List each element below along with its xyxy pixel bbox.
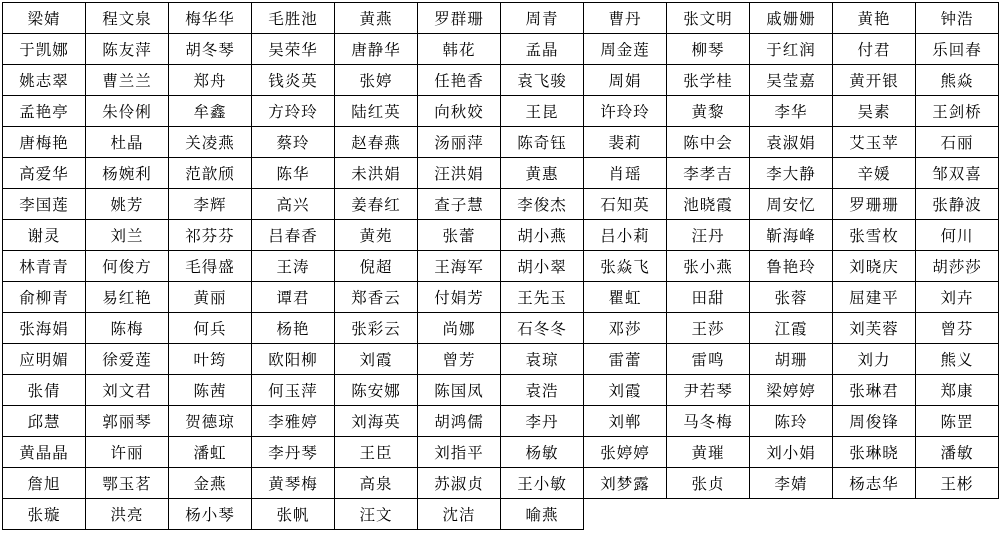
- name-cell: 熊义: [916, 344, 999, 375]
- name-cell: 池晓霞: [667, 189, 750, 220]
- name-cell: 付娟芳: [418, 282, 501, 313]
- name-cell: 靳海峰: [750, 220, 833, 251]
- name-cell: 李孝吉: [667, 158, 750, 189]
- name-cell: 王小敏: [501, 468, 584, 499]
- name-cell: 祁芬芬: [169, 220, 252, 251]
- name-cell: 关凌燕: [169, 127, 252, 158]
- name-cell: 郑康: [916, 375, 999, 406]
- name-cell: 沈洁: [418, 499, 501, 530]
- name-cell: 谢灵: [3, 220, 86, 251]
- name-cell: 尚娜: [418, 313, 501, 344]
- name-cell: 张焱飞: [584, 251, 667, 282]
- name-cell: 易红艳: [86, 282, 169, 313]
- name-cell: 艾玉苹: [833, 127, 916, 158]
- table-row: 应明媚徐爱莲叶筠欧阳柳刘霞曾芳袁琼雷蕾雷鸣胡珊刘力熊义: [3, 344, 999, 375]
- name-cell: 张彩云: [335, 313, 418, 344]
- name-cell: 裴莉: [584, 127, 667, 158]
- name-cell: 吕小莉: [584, 220, 667, 251]
- name-cell: 李丹琴: [252, 437, 335, 468]
- name-cell: 刘兰: [86, 220, 169, 251]
- name-cell: 黄开银: [833, 65, 916, 96]
- name-cell: 李俊杰: [501, 189, 584, 220]
- name-cell: 詹旭: [3, 468, 86, 499]
- name-cell: 杨志华: [833, 468, 916, 499]
- name-cell: 俞柳青: [3, 282, 86, 313]
- table-row: 张倩刘文君陈茜何玉萍陈安娜陈国凤袁浩刘霞尹若琴梁婷婷张琳君郑康: [3, 375, 999, 406]
- name-cell: 曹丹: [584, 3, 667, 34]
- name-cell: 黄璀: [667, 437, 750, 468]
- name-cell: 郭丽琴: [86, 406, 169, 437]
- table-row: 邱慧郭丽琴贺德琼李雅婷刘海英胡鸿儒李丹刘郸马冬梅陈玲周俊锋陈罡: [3, 406, 999, 437]
- name-cell: 黄苑: [335, 220, 418, 251]
- name-cell: 王剑桥: [916, 96, 999, 127]
- name-cell: 戚姗姗: [750, 3, 833, 34]
- name-cell: 熊焱: [916, 65, 999, 96]
- name-cell: 肖瑶: [584, 158, 667, 189]
- name-cell: 方玲玲: [252, 96, 335, 127]
- name-cell: 陆红英: [335, 96, 418, 127]
- name-cell: 李辉: [169, 189, 252, 220]
- name-cell: 于红润: [750, 34, 833, 65]
- name-cell: 赵春燕: [335, 127, 418, 158]
- name-cell: 苏淑贞: [418, 468, 501, 499]
- name-cell: 屈建平: [833, 282, 916, 313]
- name-cell: 姚芳: [86, 189, 169, 220]
- name-cell: 张倩: [3, 375, 86, 406]
- name-cell: 洪亮: [86, 499, 169, 530]
- name-cell: 孟晶: [501, 34, 584, 65]
- name-cell: 何俊方: [86, 251, 169, 282]
- name-cell: 许玲玲: [584, 96, 667, 127]
- name-cell: 孟艳亭: [3, 96, 86, 127]
- name-cell: 袁飞骏: [501, 65, 584, 96]
- name-cell: 高爱华: [3, 158, 86, 189]
- name-cell: 张学桂: [667, 65, 750, 96]
- name-cell: 许丽: [86, 437, 169, 468]
- name-cell: 杨敏: [501, 437, 584, 468]
- name-cell: 牟鑫: [169, 96, 252, 127]
- name-cell: 尹若琴: [667, 375, 750, 406]
- table-row: 张海娟陈梅何兵杨艳张彩云尚娜石冬冬邓莎王莎江霞刘芙蓉曾芬: [3, 313, 999, 344]
- name-cell: 周青: [501, 3, 584, 34]
- name-cell: 鄂玉茗: [86, 468, 169, 499]
- name-cell: 周俊锋: [833, 406, 916, 437]
- empty-cell: [833, 499, 916, 530]
- name-cell: 陈玲: [750, 406, 833, 437]
- name-cell: 吕春香: [252, 220, 335, 251]
- name-cell: 张雪枚: [833, 220, 916, 251]
- name-cell: 王昆: [501, 96, 584, 127]
- name-cell: 周金莲: [584, 34, 667, 65]
- name-cell: 邓莎: [584, 313, 667, 344]
- name-cell: 李雅婷: [252, 406, 335, 437]
- name-cell: 向秋姣: [418, 96, 501, 127]
- name-cell: 汪丹: [667, 220, 750, 251]
- table-row: 张璇洪亮杨小琴张帆汪文沈洁喻燕: [3, 499, 999, 530]
- name-cell: 鲁艳玲: [750, 251, 833, 282]
- name-cell: 梁婷婷: [750, 375, 833, 406]
- name-cell: 张蓉: [750, 282, 833, 313]
- name-cell: 郑舟: [169, 65, 252, 96]
- name-cell: 吴荣华: [252, 34, 335, 65]
- table-row: 詹旭鄂玉茗金燕黄琴梅高泉苏淑贞王小敏刘梦露张贞李婧杨志华王彬: [3, 468, 999, 499]
- name-cell: 田甜: [667, 282, 750, 313]
- name-cell: 王涛: [252, 251, 335, 282]
- name-cell: 周安忆: [750, 189, 833, 220]
- table-row: 黄晶晶许丽潘虹李丹琴王臣刘指平杨敏张婷婷黄璀刘小娟张琳晓潘敏: [3, 437, 999, 468]
- name-cell: 王臣: [335, 437, 418, 468]
- name-cell: 唐静华: [335, 34, 418, 65]
- name-cell: 张文明: [667, 3, 750, 34]
- name-cell: 黄琴梅: [252, 468, 335, 499]
- name-cell: 石冬冬: [501, 313, 584, 344]
- table-row: 姚志翠曹兰兰郑舟钱炎英张婷任艳香袁飞骏周娟张学桂吴莹嘉黄开银熊焱: [3, 65, 999, 96]
- name-cell: 王先玉: [501, 282, 584, 313]
- name-cell: 蔡玲: [252, 127, 335, 158]
- name-cell: 柳琴: [667, 34, 750, 65]
- name-cell: 曾芳: [418, 344, 501, 375]
- name-cell: 曹兰兰: [86, 65, 169, 96]
- name-cell: 胡冬琴: [169, 34, 252, 65]
- name-cell: 刘海英: [335, 406, 418, 437]
- name-cell: 刘卉: [916, 282, 999, 313]
- name-cell: 陈华: [252, 158, 335, 189]
- name-cell: 刘力: [833, 344, 916, 375]
- name-cell: 姜春红: [335, 189, 418, 220]
- name-cell: 范歆颀: [169, 158, 252, 189]
- table-row: 唐梅艳杜晶关凌燕蔡玲赵春燕汤丽萍陈奇钰裴莉陈中会袁淑娟艾玉苹石丽: [3, 127, 999, 158]
- empty-cell: [667, 499, 750, 530]
- name-cell: 刘晓庆: [833, 251, 916, 282]
- name-cell: 杜晶: [86, 127, 169, 158]
- name-cell: 毛得盛: [169, 251, 252, 282]
- name-cell: 张璇: [3, 499, 86, 530]
- name-cell: 胡小燕: [501, 220, 584, 251]
- name-cell: 李国莲: [3, 189, 86, 220]
- name-cell: 李华: [750, 96, 833, 127]
- name-grid-table: 梁婧程文泉梅华华毛胜池黄燕罗群珊周青曹丹张文明戚姗姗黄艳钟浩于凯娜陈友萍胡冬琴吴…: [2, 2, 999, 530]
- name-cell: 张蕾: [418, 220, 501, 251]
- name-cell: 王莎: [667, 313, 750, 344]
- name-cell: 张琳君: [833, 375, 916, 406]
- name-cell: 雷鸣: [667, 344, 750, 375]
- name-cell: 张贞: [667, 468, 750, 499]
- name-cell: 陈茜: [169, 375, 252, 406]
- name-cell: 徐爱莲: [86, 344, 169, 375]
- name-cell: 陈梅: [86, 313, 169, 344]
- name-cell: 陈奇钰: [501, 127, 584, 158]
- name-cell: 姚志翠: [3, 65, 86, 96]
- name-cell: 梅华华: [169, 3, 252, 34]
- name-cell: 高兴: [252, 189, 335, 220]
- name-cell: 张婷: [335, 65, 418, 96]
- name-cell: 罗群珊: [418, 3, 501, 34]
- name-cell: 邱慧: [3, 406, 86, 437]
- name-cell: 贺德琼: [169, 406, 252, 437]
- name-cell: 林青青: [3, 251, 86, 282]
- table-row: 孟艳亭朱伶俐牟鑫方玲玲陆红英向秋姣王昆许玲玲黄黎李华吴素王剑桥: [3, 96, 999, 127]
- name-cell: 应明媚: [3, 344, 86, 375]
- name-cell: 雷蕾: [584, 344, 667, 375]
- name-cell: 罗珊珊: [833, 189, 916, 220]
- name-grid-body: 梁婧程文泉梅华华毛胜池黄燕罗群珊周青曹丹张文明戚姗姗黄艳钟浩于凯娜陈友萍胡冬琴吴…: [3, 3, 999, 530]
- name-cell: 钟浩: [916, 3, 999, 34]
- name-cell: 喻燕: [501, 499, 584, 530]
- name-cell: 吴素: [833, 96, 916, 127]
- name-cell: 潘敏: [916, 437, 999, 468]
- name-cell: 金燕: [169, 468, 252, 499]
- name-cell: 杨艳: [252, 313, 335, 344]
- table-row: 李国莲姚芳李辉高兴姜春红查子慧李俊杰石知英池晓霞周安忆罗珊珊张静波: [3, 189, 999, 220]
- name-cell: 李丹: [501, 406, 584, 437]
- name-cell: 陈罡: [916, 406, 999, 437]
- name-cell: 刘芙蓉: [833, 313, 916, 344]
- name-cell: 黄晶晶: [3, 437, 86, 468]
- name-cell: 袁琼: [501, 344, 584, 375]
- name-cell: 陈国凤: [418, 375, 501, 406]
- name-cell: 毛胜池: [252, 3, 335, 34]
- name-cell: 高泉: [335, 468, 418, 499]
- name-cell: 何玉萍: [252, 375, 335, 406]
- name-cell: 杨小琴: [169, 499, 252, 530]
- name-cell: 倪超: [335, 251, 418, 282]
- name-cell: 汪洪娟: [418, 158, 501, 189]
- name-cell: 刘小娟: [750, 437, 833, 468]
- name-cell: 刘梦露: [584, 468, 667, 499]
- name-cell: 刘郸: [584, 406, 667, 437]
- name-cell: 汤丽萍: [418, 127, 501, 158]
- name-cell: 张海娟: [3, 313, 86, 344]
- name-cell: 石知英: [584, 189, 667, 220]
- name-cell: 张小燕: [667, 251, 750, 282]
- name-cell: 唐梅艳: [3, 127, 86, 158]
- name-cell: 郑香云: [335, 282, 418, 313]
- name-cell: 陈安娜: [335, 375, 418, 406]
- name-cell: 瞿虹: [584, 282, 667, 313]
- name-cell: 程文泉: [86, 3, 169, 34]
- name-cell: 黄艳: [833, 3, 916, 34]
- name-cell: 付君: [833, 34, 916, 65]
- name-cell: 韩花: [418, 34, 501, 65]
- name-cell: 王彬: [916, 468, 999, 499]
- name-cell: 胡莎莎: [916, 251, 999, 282]
- name-cell: 黄黎: [667, 96, 750, 127]
- name-cell: 袁淑娟: [750, 127, 833, 158]
- name-cell: 查子慧: [418, 189, 501, 220]
- name-cell: 朱伶俐: [86, 96, 169, 127]
- name-cell: 于凯娜: [3, 34, 86, 65]
- empty-cell: [750, 499, 833, 530]
- name-cell: 何川: [916, 220, 999, 251]
- name-cell: 胡鸿儒: [418, 406, 501, 437]
- name-cell: 陈友萍: [86, 34, 169, 65]
- name-cell: 潘虹: [169, 437, 252, 468]
- name-cell: 刘霞: [335, 344, 418, 375]
- name-cell: 张琳晓: [833, 437, 916, 468]
- name-cell: 汪文: [335, 499, 418, 530]
- table-row: 谢灵刘兰祁芬芬吕春香黄苑张蕾胡小燕吕小莉汪丹靳海峰张雪枚何川: [3, 220, 999, 251]
- name-cell: 石丽: [916, 127, 999, 158]
- name-cell: 任艳香: [418, 65, 501, 96]
- name-cell: 李大静: [750, 158, 833, 189]
- name-cell: 黄惠: [501, 158, 584, 189]
- name-cell: 江霞: [750, 313, 833, 344]
- table-row: 于凯娜陈友萍胡冬琴吴荣华唐静华韩花孟晶周金莲柳琴于红润付君乐回春: [3, 34, 999, 65]
- name-cell: 刘霞: [584, 375, 667, 406]
- name-cell: 周娟: [584, 65, 667, 96]
- name-cell: 邹双喜: [916, 158, 999, 189]
- name-cell: 黄丽: [169, 282, 252, 313]
- empty-cell: [916, 499, 999, 530]
- name-cell: 袁浩: [501, 375, 584, 406]
- name-cell: 辛媛: [833, 158, 916, 189]
- name-cell: 梁婧: [3, 3, 86, 34]
- table-row: 梁婧程文泉梅华华毛胜池黄燕罗群珊周青曹丹张文明戚姗姗黄艳钟浩: [3, 3, 999, 34]
- name-cell: 吴莹嘉: [750, 65, 833, 96]
- empty-cell: [584, 499, 667, 530]
- name-cell: 马冬梅: [667, 406, 750, 437]
- name-cell: 陈中会: [667, 127, 750, 158]
- name-cell: 欧阳柳: [252, 344, 335, 375]
- name-cell: 刘指平: [418, 437, 501, 468]
- name-cell: 黄燕: [335, 3, 418, 34]
- name-cell: 张帆: [252, 499, 335, 530]
- name-cell: 胡小翠: [501, 251, 584, 282]
- table-row: 俞柳青易红艳黄丽谭君郑香云付娟芳王先玉瞿虹田甜张蓉屈建平刘卉: [3, 282, 999, 313]
- name-cell: 何兵: [169, 313, 252, 344]
- name-cell: 杨婉利: [86, 158, 169, 189]
- name-cell: 张静波: [916, 189, 999, 220]
- name-cell: 叶筠: [169, 344, 252, 375]
- name-cell: 刘文君: [86, 375, 169, 406]
- name-cell: 曾芬: [916, 313, 999, 344]
- name-cell: 未洪娟: [335, 158, 418, 189]
- name-cell: 谭君: [252, 282, 335, 313]
- name-cell: 王海军: [418, 251, 501, 282]
- name-cell: 张婷婷: [584, 437, 667, 468]
- table-row: 高爱华杨婉利范歆颀陈华未洪娟汪洪娟黄惠肖瑶李孝吉李大静辛媛邹双喜: [3, 158, 999, 189]
- name-cell: 李婧: [750, 468, 833, 499]
- table-row: 林青青何俊方毛得盛王涛倪超王海军胡小翠张焱飞张小燕鲁艳玲刘晓庆胡莎莎: [3, 251, 999, 282]
- name-cell: 乐回春: [916, 34, 999, 65]
- name-cell: 钱炎英: [252, 65, 335, 96]
- name-cell: 胡珊: [750, 344, 833, 375]
